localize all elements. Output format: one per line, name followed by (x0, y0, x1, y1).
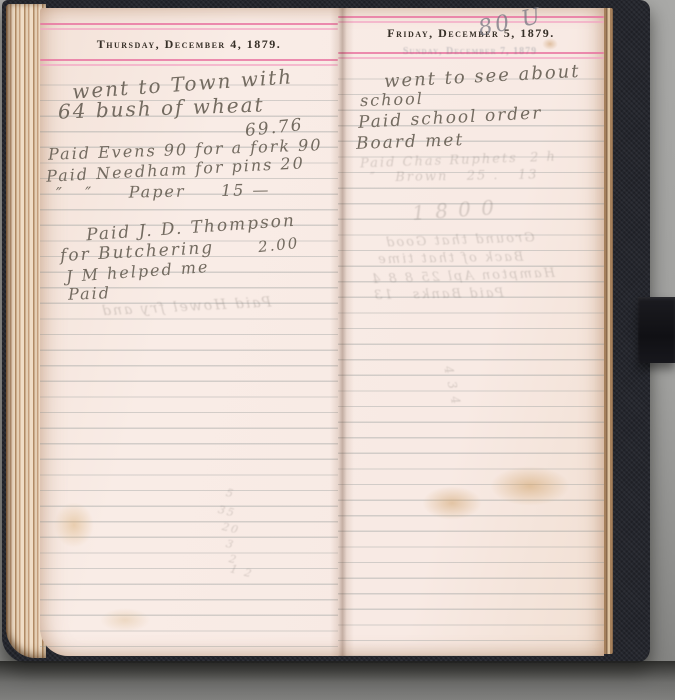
book-strap (638, 297, 675, 363)
left-page-date-header: Thursday, December 4, 1879. (40, 37, 338, 52)
header-rule (40, 28, 338, 30)
header-rule (338, 21, 604, 23)
stain (54, 502, 94, 548)
stain (490, 466, 570, 506)
handwriting-line: Paid (68, 285, 111, 302)
stain (422, 486, 482, 520)
header-rule (40, 64, 338, 66)
show-through-line: 1 8 0 0 (411, 197, 496, 223)
scan-shadow (0, 661, 675, 700)
show-through-line: Back of that time (376, 251, 524, 267)
show-through-line: Paid Banks 13 (372, 287, 504, 302)
handwriting-line: ″ ″ Paper 15 — (56, 182, 271, 202)
stain (542, 38, 558, 50)
handwriting-line: 2.00 (257, 236, 300, 255)
header-rule (338, 57, 604, 59)
stain (100, 608, 150, 632)
header-rule (40, 59, 338, 61)
open-diary-sheet: Thursday, December 4, 1879. Friday, Dece… (40, 8, 604, 656)
handwriting-line: school (360, 91, 424, 109)
show-through-line: ″ Brown 25 . 13 (370, 169, 539, 185)
header-rule (40, 23, 338, 25)
right-page-date-header: Friday, December 5, 1879. (338, 26, 604, 41)
header-rule (338, 16, 604, 18)
book-gutter (330, 8, 354, 656)
handwriting-line: Board met (356, 132, 465, 153)
